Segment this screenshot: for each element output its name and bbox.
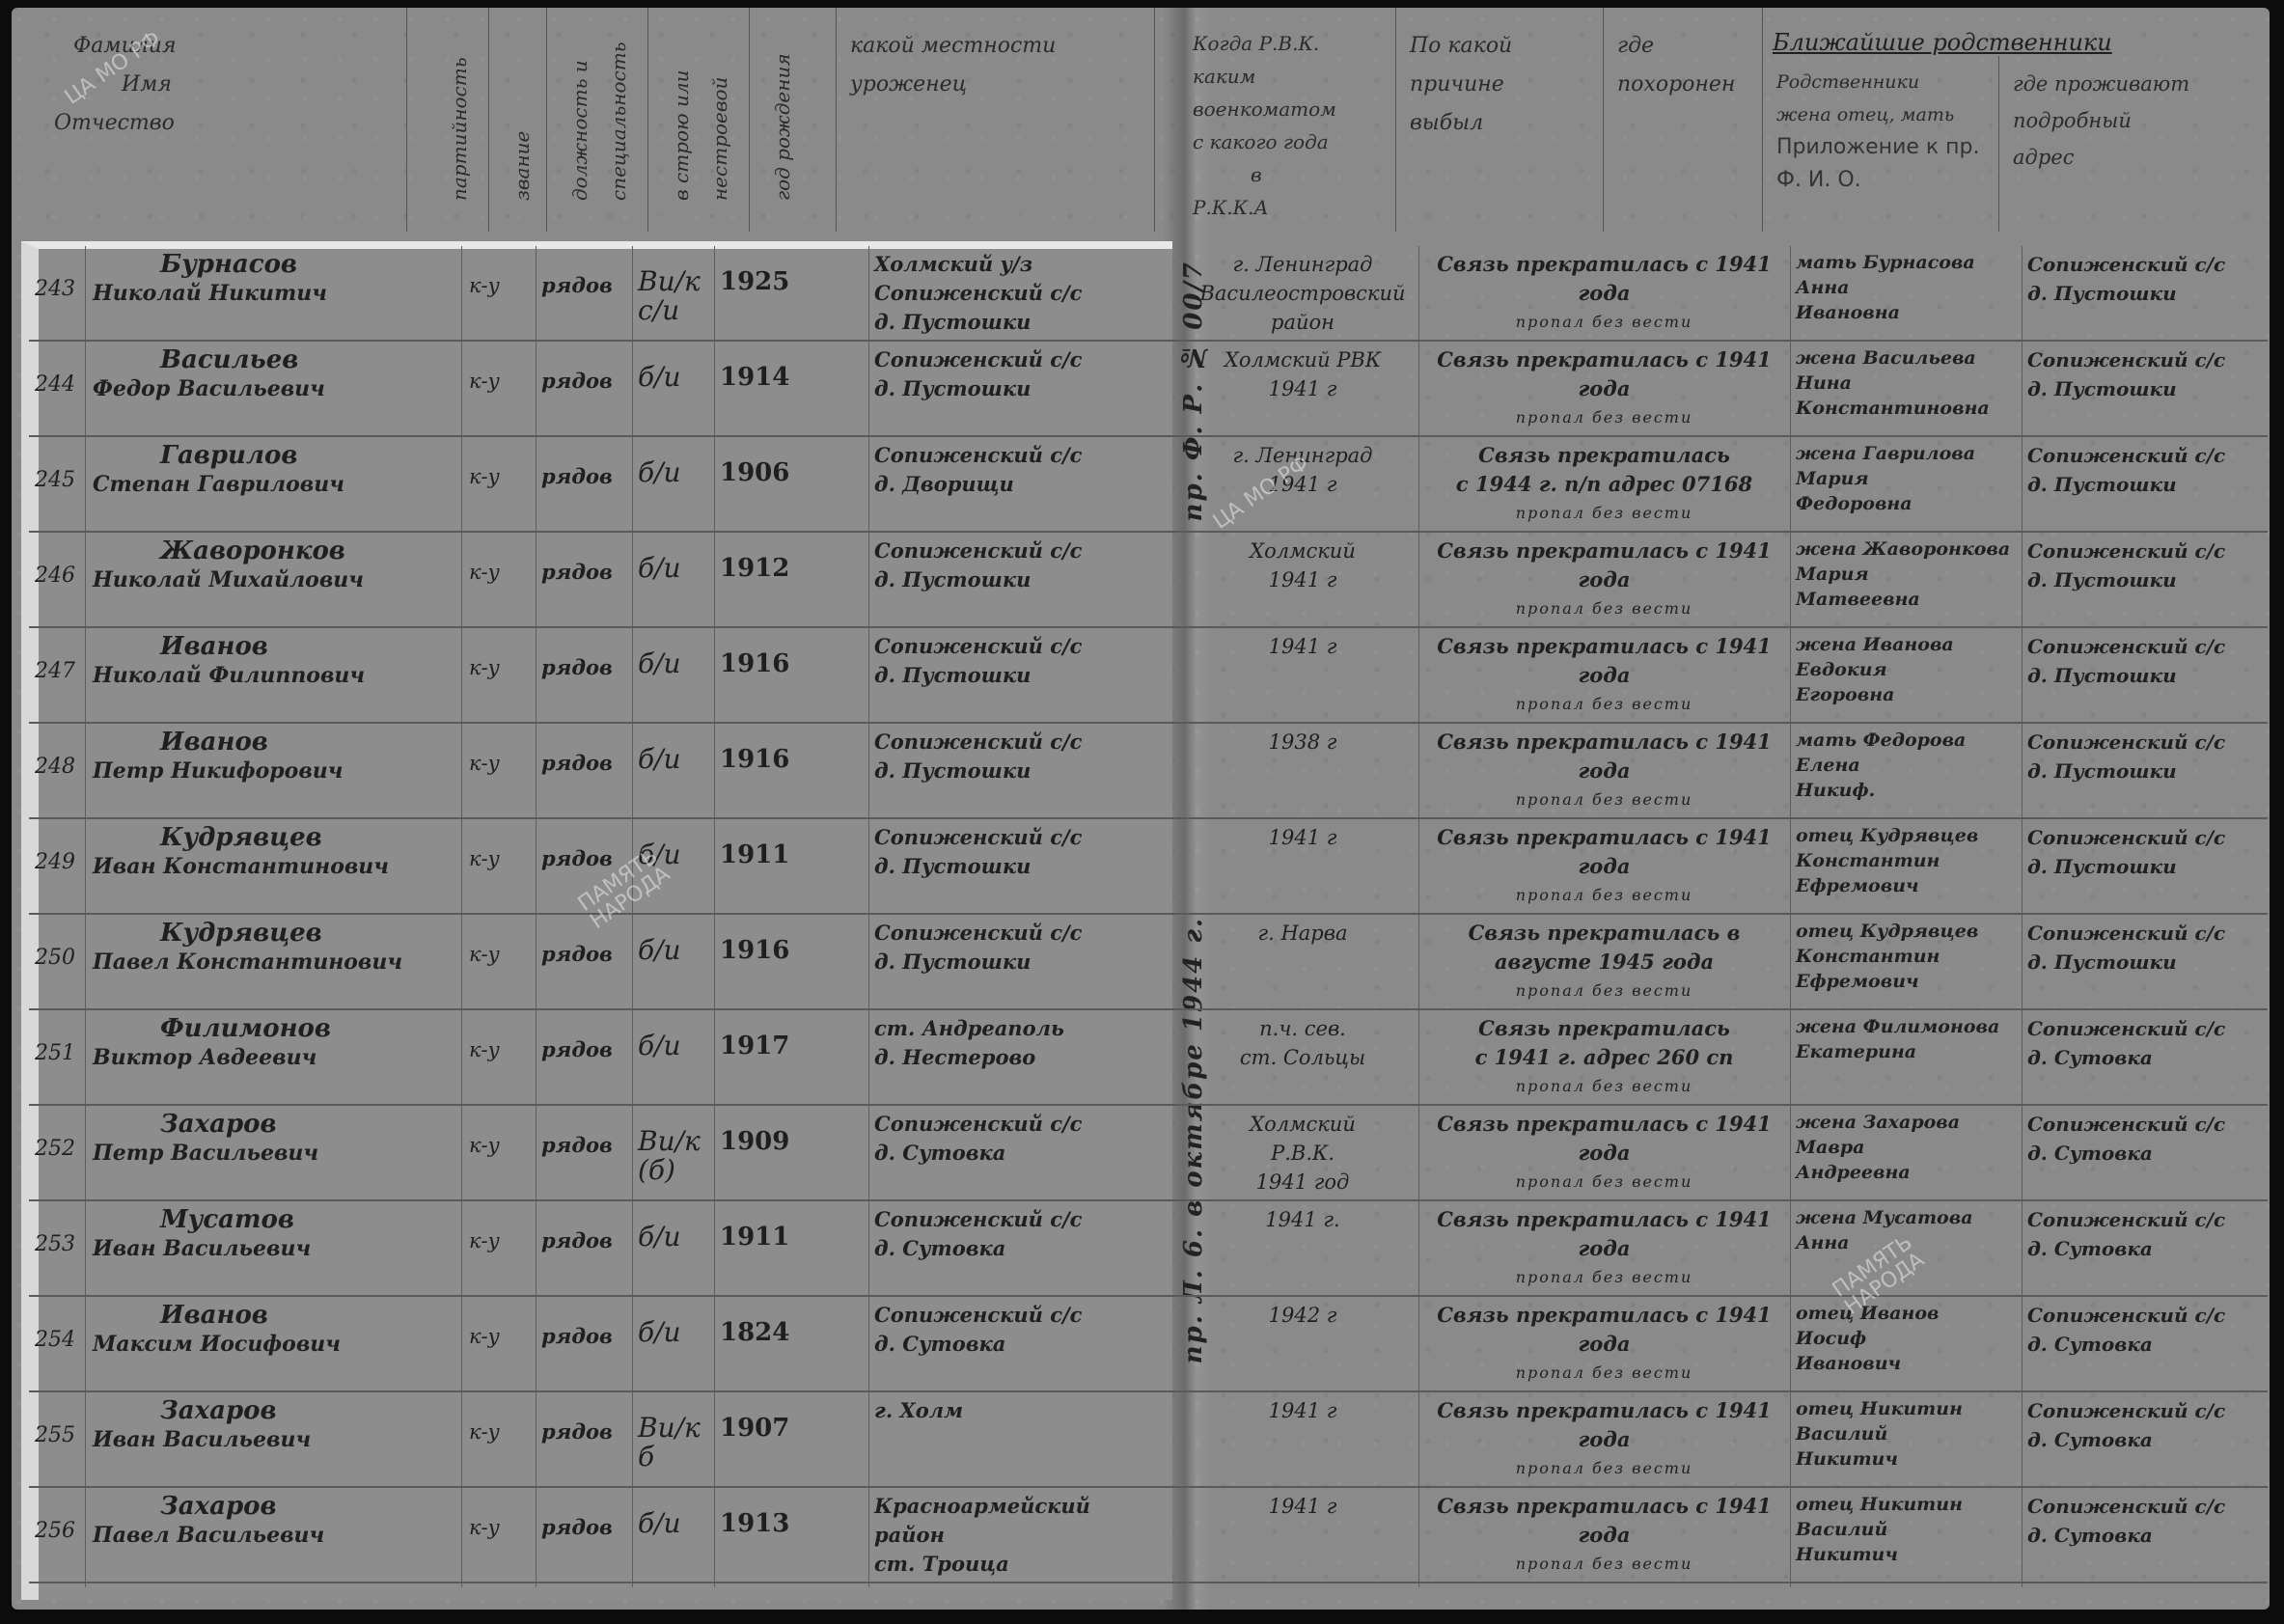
table-row: 249 Кудрявцев Иван Константинович к-у ря… [29,819,2268,915]
missing-status: пропал без вести [1424,403,1784,432]
relative: жена Васильева НинаКонстантиновна [1790,342,2022,435]
given-name: Иван Васильевич [93,1425,457,1454]
missing-status: пропал без вести [1424,1168,1784,1197]
soldier-name: Иванов Максим Иосифович [87,1297,463,1390]
rank: рядов [536,628,632,722]
conscription-unit: Холмский1941 г [1187,533,1418,626]
party-status: к-у [463,1392,536,1486]
condition: б/и [632,1010,714,1104]
given-name: Павел Васильевич [93,1521,457,1550]
record-number: 244 [29,342,87,435]
surname: Мусатов [93,1205,457,1234]
surname: Бурнасов [93,250,457,279]
reason-text: Связь прекратиласьс 1941 г. адрес 260 сп [1424,1014,1784,1072]
reason: Связь прекратилась с 1941 года пропал бе… [1418,533,1790,626]
birthplace: г. Холм [868,1392,1182,1486]
record-number: 246 [29,533,87,626]
conscription-unit: 1941 г. [1187,1201,1418,1295]
address: Сопиженский с/сд. Пустошки [2022,915,2268,1008]
header-rank: звание [489,8,547,232]
header-unit-line: в [1193,158,1382,191]
soldier-name: Захаров Иван Васильевич [87,1392,463,1486]
soldier-name: Филимонов Виктор Авдеевич [87,1010,463,1104]
reason-text: Связь прекратилась с 1941 года [1424,728,1784,785]
relative: мать ФедороваЕленаНикиф. [1790,724,2022,817]
surname: Кудрявцев [93,919,457,948]
reason-text: Связь прекратилась с 1941 года [1424,632,1784,690]
record-number: 245 [29,437,87,531]
birth-year: 1917 [714,1010,868,1104]
header-position-label: должность и специальность [561,27,638,201]
table-row: 255 Захаров Иван Васильевич к-у рядов Ви… [29,1392,2268,1488]
party-status: к-у [463,246,536,340]
conscription-unit: Холмский РВК1941 г [1187,342,1418,435]
birthplace: Красноармейскийрайонст. Троица [868,1488,1182,1582]
party-status: к-у [463,819,536,913]
soldier-name: Мусатов Иван Васильевич [87,1201,463,1295]
header-relative-line: Родственники [1776,66,1985,98]
relative: жена ИвановаЕвдокияЕгоровна [1790,628,2022,722]
soldier-name: Иванов Петр Никифорович [87,724,463,817]
reason: Связь прекратилась с 1941 года пропал бе… [1418,342,1790,435]
soldier-name: Кудрявцев Иван Константинович [87,819,463,913]
given-name: Николай Михайлович [93,565,457,594]
record-number: 250 [29,915,87,1008]
birthplace: Сопиженский с/сд. Сутовка [868,1106,1182,1199]
rank: рядов [536,1392,632,1486]
relative: жена МусатоваАнна [1790,1201,2022,1295]
relative: отец КудрявцевКонстантинЕфремович [1790,915,2022,1008]
header-condition: в строю или нестроевой [648,8,750,232]
header-birthplace-label: какой местности уроженец [850,34,1056,96]
surname: Захаров [93,1110,457,1139]
rank: рядов [536,724,632,817]
birthplace: Сопиженский с/сд. Сутовка [868,1201,1182,1295]
table-row: 251 Филимонов Виктор Авдеевич к-у рядов … [29,1010,2268,1106]
reason-text: Связь прекратилась с 1941 года [1424,1110,1784,1168]
address: Сопиженский с/сд. Пустошки [2022,628,2268,722]
reason: Связь прекратилась с 1941 года пропал бе… [1418,1106,1790,1199]
given-name: Иван Константинович [93,852,457,881]
header-buried-line: похоронен [1617,66,1748,104]
header-address-line: где проживают [2013,66,2246,102]
given-name: Николай Филиппович [93,661,457,690]
relative: отец НикитинВасилийНикитич [1790,1392,2022,1486]
missing-status: пропал без вести [1424,1550,1784,1579]
reason-text: Связь прекратилась с 1941 года [1424,1492,1784,1550]
header-year-label: год рождения [763,27,802,201]
address: Сопиженский с/сд. Сутовка [2022,1488,2268,1582]
rank: рядов [536,1488,632,1582]
header-unit: Когда Р.В.К. каким военкоматом с какого … [1179,8,1396,232]
reason: Связь прекратилась с 1941 года пропал бе… [1418,819,1790,913]
party-status: к-у [463,915,536,1008]
relative: мать БурнасоваАннаИвановна [1790,246,2022,340]
header-birthplace: какой местности уроженец [837,8,1155,232]
birthplace: Сопиженский с/сд. Пустошки [868,628,1182,722]
birth-year: 1912 [714,533,868,626]
reason: Связь прекратиласьс 1941 г. адрес 260 сп… [1418,1010,1790,1104]
header-position: должность и специальность [547,8,648,232]
missing-status: пропал без вести [1424,1359,1784,1388]
birth-year: 1909 [714,1106,868,1199]
header-unit-line: каким военкоматом [1193,60,1382,125]
party-status: к-у [463,628,536,722]
table-row: 247 Иванов Николай Филиппович к-у рядов … [29,628,2268,724]
record-number: 243 [29,246,87,340]
conscription-unit: 1938 г [1187,724,1418,817]
rank: рядов [536,246,632,340]
condition: б/и [632,437,714,531]
given-name: Степан Гаврилович [93,470,457,499]
header-relative-line: жена отец, мать [1776,98,1985,131]
reason-text: Связь прекратилась с 1941 года [1424,250,1784,308]
party-status: к-у [463,1297,536,1390]
address: Сопиженский с/сд. Сутовка [2022,1010,2268,1104]
missing-status: пропал без вести [1424,499,1784,528]
reason-text: Связь прекратилась с 1941 года [1424,345,1784,403]
conscription-unit: г. Нарва [1187,915,1418,1008]
table-row: 243 Бурнасов Николай Никитич к-у рядов В… [29,246,2268,342]
address: Сопиженский с/сд. Пустошки [2022,437,2268,531]
birth-year: 1824 [714,1297,868,1390]
rank: рядов [536,1010,632,1104]
reason-text: Связь прекратилась с 1941 года [1424,823,1784,881]
soldier-name: Захаров Петр Васильевич [87,1106,463,1199]
table-row: 254 Иванов Максим Иосифович к-у рядов б/… [29,1297,2268,1392]
birthplace: Сопиженский с/сд. Пустошки [868,342,1182,435]
header-patronymic-label: Отчество [25,104,393,143]
header-reason-line: выбыл [1410,104,1589,143]
table-row: 244 Васильев Федор Васильевич к-у рядов … [29,342,2268,437]
header-buried-line: где [1617,27,1748,66]
record-number: 255 [29,1392,87,1486]
party-status: к-у [463,1010,536,1104]
header-reason-line: По какой [1410,27,1589,66]
given-name: Петр Никифорович [93,757,457,785]
birth-year: 1911 [714,819,868,913]
missing-status: пропал без вести [1424,977,1784,1005]
birth-year: 1916 [714,724,868,817]
reason-text: Связь прекратилась вавгусте 1945 года [1424,919,1784,977]
reason: Связь прекратилась с 1941 года пропал бе… [1418,1297,1790,1390]
soldier-name: Бурнасов Николай Никитич [87,246,463,340]
party-status: к-у [463,1488,536,1582]
table-row: 252 Захаров Петр Васильевич к-у рядов Ви… [29,1106,2268,1201]
relative: жена ГавриловаМарияФедоровна [1790,437,2022,531]
given-name: Виктор Авдеевич [93,1043,457,1072]
header-reason-line: причине [1410,66,1589,104]
reason: Связь прекратилась с 1941 года пропал бе… [1418,724,1790,817]
given-name: Федор Васильевич [93,374,457,403]
party-status: к-у [463,1106,536,1199]
birth-year: 1914 [714,342,868,435]
soldier-name: Васильев Федор Васильевич [87,342,463,435]
condition: б/и [632,533,714,626]
header-condition-label: в строю или нестроевой [662,27,739,201]
missing-status: пропал без вести [1424,1072,1784,1101]
condition: б/и [632,915,714,1008]
birthplace: Сопиженский с/сд. Пустошки [868,915,1182,1008]
header-rank-label: звание [503,27,541,201]
address: Сопиженский с/сд. Сутовка [2022,1201,2268,1295]
surname: Филимонов [93,1014,457,1043]
header-address-line: подробный [2013,102,2246,139]
conscription-unit: 1941 г [1187,1488,1418,1582]
condition: б/и [632,724,714,817]
conscription-unit: 1941 г [1187,819,1418,913]
condition: б/и [632,1488,714,1582]
record-number: 247 [29,628,87,722]
reason: Связь прекратилась с 1941 года пропал бе… [1418,628,1790,722]
conscription-unit: п.ч. сев.ст. Сольцы [1187,1010,1418,1104]
header-relatives-group: Ближайшие родственники [1773,29,2255,56]
party-status: к-у [463,1201,536,1295]
header-given-label: Имя [25,66,393,104]
birth-year: 1913 [714,1488,868,1582]
birth-year: 1907 [714,1392,868,1486]
relative: отец НикитинВасилийНикитич [1790,1488,2022,1582]
record-number: 252 [29,1106,87,1199]
record-number: 254 [29,1297,87,1390]
reason-text: Связь прекратиласьс 1944 г. п/п адрес 07… [1424,441,1784,499]
condition: б/и [632,819,714,913]
missing-status: пропал без вести [1424,1454,1784,1483]
rank: рядов [536,1201,632,1295]
soldier-name: Гаврилов Степан Гаврилович [87,437,463,531]
reason: Связь прекратилась с 1941 года пропал бе… [1418,1488,1790,1582]
birth-year: 1911 [714,1201,868,1295]
reason: Связь прекратилась вавгусте 1945 года пр… [1418,915,1790,1008]
header-party: партийность [427,8,489,232]
header-year: год рождения [750,8,837,232]
surname: Иванов [93,632,457,661]
header-unit-line: с какого года [1193,125,1382,158]
party-status: к-у [463,437,536,531]
relative: жена ФилимоноваЕкатерина [1790,1010,2022,1104]
header-relative: Родственники жена отец, мать Приложение … [1763,56,1999,232]
birth-year: 1925 [714,246,868,340]
rank: рядов [536,342,632,435]
conscription-unit: 1942 г [1187,1297,1418,1390]
condition: Ви/к с/и [632,246,714,340]
address: Сопиженский с/сд. Пустошки [2022,246,2268,340]
soldier-name: Иванов Николай Филиппович [87,628,463,722]
conscription-unit: 1941 г [1187,1392,1418,1486]
relative: жена Жаворонкова МарияМатвеевна [1790,533,2022,626]
table-row: 250 Кудрявцев Павел Константинович к-у р… [29,915,2268,1010]
relative: отец ИвановИосифИванович [1790,1297,2022,1390]
surname: Жаворонков [93,537,457,565]
party-status: к-у [463,342,536,435]
condition: б/и [632,1297,714,1390]
missing-status: пропал без вести [1424,881,1784,910]
header-surname-label: Фамилия [25,27,393,66]
party-status: к-у [463,533,536,626]
reason-text: Связь прекратилась с 1941 года [1424,1396,1784,1454]
birth-year: 1916 [714,628,868,722]
party-status: к-у [463,724,536,817]
relative: жена ЗахароваМавраАндреевна [1790,1106,2022,1199]
missing-status: пропал без вести [1424,690,1784,719]
header-address-line: адрес [2013,139,2246,176]
surname: Кудрявцев [93,823,457,852]
conscription-unit: г. ЛенинградВасилеостровскийрайон [1187,246,1418,340]
given-name: Максим Иосифович [93,1330,457,1359]
address: Сопиженский с/сд. Пустошки [2022,533,2268,626]
birthplace: Сопиженский с/сд. Пустошки [868,724,1182,817]
conscription-unit: ХолмскийР.В.К.1941 год [1187,1106,1418,1199]
surname: Иванов [93,728,457,757]
missing-status: пропал без вести [1424,308,1784,337]
address: Сопиженский с/сд. Сутовка [2022,1392,2268,1486]
table-row: 245 Гаврилов Степан Гаврилович к-у рядов… [29,437,2268,533]
rank: рядов [536,437,632,531]
address: Сопиженский с/сд. Сутовка [2022,1106,2268,1199]
birthplace: Сопиженский с/сд. Пустошки [868,819,1182,913]
table-row: 246 Жаворонков Николай Михайлович к-у ря… [29,533,2268,628]
birthplace: Холмский у/зСопиженский с/сд. Пустошки [868,246,1182,340]
address: Сопиженский с/сд. Пустошки [2022,724,2268,817]
missing-status: пропал без вести [1424,785,1784,814]
rank: рядов [536,1106,632,1199]
condition: б/и [632,1201,714,1295]
condition: Ви/к (б) [632,1106,714,1199]
surname: Захаров [93,1396,457,1425]
given-name: Петр Васильевич [93,1139,457,1168]
condition: б/и [632,342,714,435]
birthplace: Сопиженский с/сд. Пустошки [868,533,1182,626]
header-address: где проживают подробный адрес [1999,56,2260,232]
record-number: 251 [29,1010,87,1104]
birthplace: Сопиженский с/сд. Сутовка [868,1297,1182,1390]
birthplace: ст. Андреапольд. Нестерово [868,1010,1182,1104]
missing-status: пропал без вести [1424,594,1784,623]
reason: Связь прекратилась с 1941 года пропал бе… [1418,1201,1790,1295]
given-name: Павел Константинович [93,948,457,977]
reason-text: Связь прекратилась с 1941 года [1424,1301,1784,1359]
surname: Иванов [93,1301,457,1330]
header-name: Фамилия Имя Отчество [12,8,407,232]
address: Сопиженский с/сд. Пустошки [2022,819,2268,913]
surname: Васильев [93,345,457,374]
rank: рядов [536,533,632,626]
surname: Захаров [93,1492,457,1521]
reason-text: Связь прекратилась с 1941 года [1424,537,1784,594]
given-name: Иван Васильевич [93,1234,457,1263]
header-unit-line: Р.К.К.А [1193,191,1382,224]
record-number: 248 [29,724,87,817]
table-row: 256 Захаров Павел Васильевич к-у рядов б… [29,1488,2268,1583]
address: Сопиженский с/сд. Пустошки [2022,342,2268,435]
reason: Связь прекратилась с 1941 года пропал бе… [1418,246,1790,340]
soldier-name: Жаворонков Николай Михайлович [87,533,463,626]
conscription-unit: 1941 г [1187,628,1418,722]
address: Сопиженский с/сд. Сутовка [2022,1297,2268,1390]
rank: рядов [536,915,632,1008]
birth-year: 1906 [714,437,868,531]
header-party-label: партийность [440,27,479,201]
missing-status: пропал без вести [1424,1263,1784,1292]
table-header: Фамилия Имя Отчество партийность звание … [12,8,2270,232]
soldier-name: Кудрявцев Павел Константинович [87,915,463,1008]
soldier-name: Захаров Павел Васильевич [87,1488,463,1582]
record-number: 253 [29,1201,87,1295]
header-buried: где похоронен [1604,8,1763,232]
reason: Связь прекратиласьс 1944 г. п/п адрес 07… [1418,437,1790,531]
conscription-unit: г. Ленинград1941 г [1187,437,1418,531]
record-number: 256 [29,1488,87,1582]
condition: Ви/к б [632,1392,714,1486]
condition: б/и [632,628,714,722]
table-row: 248 Иванов Петр Никифорович к-у рядов б/… [29,724,2268,819]
reason: Связь прекратилась с 1941 года пропал бе… [1418,1392,1790,1486]
table-row: 253 Мусатов Иван Васильевич к-у рядов б/… [29,1201,2268,1297]
header-reason: По какой причине выбыл [1396,8,1604,232]
reason-text: Связь прекратилась с 1941 года [1424,1205,1784,1263]
relative: отец КудрявцевКонстантинЕфремович [1790,819,2022,913]
rank: рядов [536,819,632,913]
birth-year: 1916 [714,915,868,1008]
rank: рядов [536,1297,632,1390]
header-unit-line: Когда Р.В.К. [1193,27,1382,60]
record-number: 249 [29,819,87,913]
birthplace: Сопиженский с/сд. Дворищи [868,437,1182,531]
given-name: Николай Никитич [93,279,457,308]
surname: Гаврилов [93,441,457,470]
header-stamp: Приложение к пр. Ф. И. О. [1776,131,1985,197]
